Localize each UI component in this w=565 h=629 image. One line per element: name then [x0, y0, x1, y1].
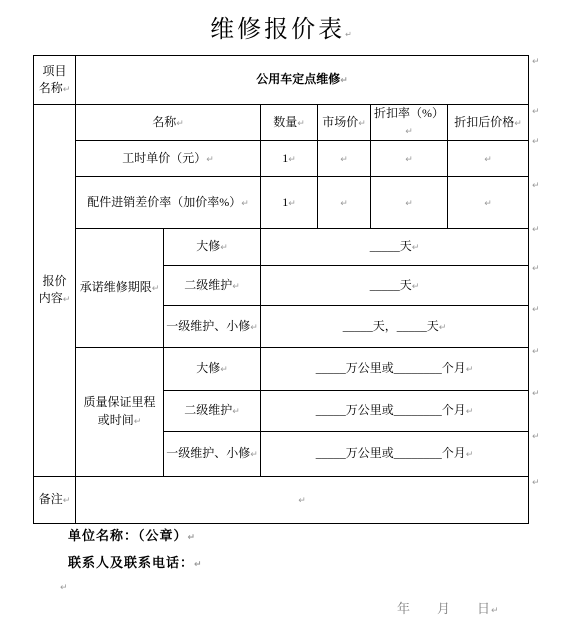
paragraph-mark-icon: ↵ [532, 479, 540, 488]
paragraph-mark-icon: ↵ [232, 282, 240, 292]
header-name-cell: 名称↵ [76, 105, 261, 141]
empty-paragraph: ↵ [60, 577, 68, 595]
contact-label: 联系人及联系电话： [68, 555, 194, 570]
table-row: 备注↵ ↵ [34, 476, 529, 523]
remarks-label: 备注 [39, 492, 63, 506]
project-label-cell: 项目 名称↵ [34, 56, 76, 105]
warranty-level2-value-cell[interactable]: _____万公里或________个月↵ [261, 390, 529, 431]
table-row: 质量保证里程 或时间↵ 大修↵ _____万公里或________个月↵ [34, 347, 529, 390]
paragraph-mark-icon: ↵ [194, 560, 203, 570]
paragraph-mark-icon: ↵ [532, 306, 540, 315]
table-row: 报价 内容↵ 名称↵ 数量↵ 市场价↵ 折扣率（%）↵ 折扣后价格↵ [34, 105, 529, 141]
header-discount-rate-cell: 折扣率（%）↵ [371, 105, 448, 141]
warranty-level1-label: 一级维护、小修 [166, 446, 250, 460]
warranty-level1-label-cell: 一级维护、小修↵ [164, 431, 261, 476]
paragraph-mark-icon: ↵ [514, 119, 522, 129]
header-market-price-cell: 市场价↵ [318, 105, 371, 141]
project-value: 公用车定点维修 [256, 72, 340, 86]
promise-level2-value-cell[interactable]: _____天↵ [261, 265, 529, 305]
paragraph-mark-icon: ↵ [152, 284, 160, 294]
promise-level2-label-cell: 二级维护↵ [164, 265, 261, 305]
paragraph-mark-icon: ↵ [484, 199, 492, 209]
paragraph-mark-icon: ↵ [345, 30, 355, 39]
promise-major-repair-value-cell[interactable]: _____天↵ [261, 228, 529, 265]
warranty-level2-value: _____万公里或________个月 [316, 403, 466, 417]
paragraph-mark-icon: ↵ [298, 496, 306, 506]
table-row: 工时单价（元）↵ 1↵ ↵ ↵ ↵ [34, 140, 529, 176]
paragraph-mark-icon: ↵ [532, 265, 540, 274]
paragraph-mark-icon: ↵ [288, 155, 296, 165]
paragraph-mark-icon: ↵ [297, 119, 305, 129]
quotation-table: 项目 名称↵ 公用车定点维修↵ 报价 内容↵ 名称↵ 数量↵ 市场价↵ 折扣率（… [33, 55, 529, 524]
paragraph-mark-icon: ↵ [63, 295, 71, 305]
paragraph-mark-icon: ↵ [176, 119, 184, 129]
warranty-level2-label: 二级维护 [184, 403, 232, 417]
table-row: 项目 名称↵ 公用车定点维修↵ [34, 56, 529, 105]
promise-level2-value: _____天 [370, 278, 412, 292]
parts-discount-rate-input-cell[interactable]: ↵ [371, 176, 448, 228]
paragraph-mark-icon: ↵ [532, 226, 540, 235]
table-row: 配件进销差价率（加价率%）↵ 1↵ ↵ ↵ ↵ [34, 176, 529, 228]
promise-major-repair-label-cell: 大修↵ [164, 228, 261, 265]
paragraph-mark-icon: ↵ [466, 407, 474, 417]
parts-discounted-price-input-cell[interactable]: ↵ [448, 176, 529, 228]
unit-name-line: 单位名称：（公章）↵ [68, 525, 196, 544]
date-month-label: 月 [437, 601, 451, 616]
paragraph-mark-icon: ↵ [405, 199, 413, 209]
page-title: 维修报价表↵ [0, 9, 565, 44]
paragraph-mark-icon: ↵ [358, 119, 366, 129]
promise-level1-value-cell[interactable]: _____天，_____天↵ [261, 305, 529, 347]
labor-price-label: 工时单价（元） [122, 151, 206, 165]
paragraph-mark-icon: ↵ [250, 450, 258, 460]
contact-line: 联系人及联系电话：↵ [68, 552, 203, 571]
promise-period-label-cell: 承诺维修期限↵ [76, 228, 164, 347]
paragraph-mark-icon: ↵ [532, 58, 540, 67]
header-discounted-price-label: 折扣后价格 [454, 115, 514, 129]
quote-content-line2: 内容 [39, 291, 63, 305]
parts-rate-label: 配件进销差价率（加价率%） [87, 195, 241, 209]
warranty-label-line1: 质量保证里程 [83, 395, 155, 409]
paragraph-mark-icon: ↵ [439, 323, 447, 333]
header-discounted-price-cell: 折扣后价格↵ [448, 105, 529, 141]
paragraph-mark-icon: ↵ [532, 348, 540, 357]
header-quantity-cell: 数量↵ [261, 105, 318, 141]
paragraph-mark-icon: ↵ [340, 155, 348, 165]
paragraph-mark-icon: ↵ [63, 496, 71, 506]
paragraph-mark-icon: ↵ [466, 365, 474, 375]
paragraph-mark-icon: ↵ [206, 155, 214, 165]
paragraph-mark-icon: ↵ [532, 390, 540, 399]
date-day-label: 日 [477, 601, 491, 616]
labor-market-price-input-cell[interactable]: ↵ [318, 140, 371, 176]
labor-price-label-cell: 工时单价（元）↵ [76, 140, 261, 176]
warranty-major-repair-label: 大修 [196, 361, 220, 375]
promise-level1-label-cell: 一级维护、小修↵ [164, 305, 261, 347]
paragraph-mark-icon: ↵ [412, 243, 420, 253]
labor-discount-rate-input-cell[interactable]: ↵ [371, 140, 448, 176]
labor-discounted-price-input-cell[interactable]: ↵ [448, 140, 529, 176]
promise-major-repair-value: _____天 [370, 239, 412, 253]
promise-major-repair-label: 大修 [196, 239, 220, 253]
paragraph-mark-icon: ↵ [532, 138, 540, 147]
paragraph-mark-icon: ↵ [484, 155, 492, 165]
project-label-line2: 名称 [39, 81, 63, 95]
paragraph-mark-icon: ↵ [220, 365, 228, 375]
paragraph-mark-icon: ↵ [532, 108, 540, 117]
header-quantity-label: 数量 [273, 115, 297, 129]
paragraph-mark-icon: ↵ [491, 606, 500, 616]
paragraph-mark-icon: ↵ [232, 407, 240, 417]
warranty-major-repair-label-cell: 大修↵ [164, 347, 261, 390]
paragraph-mark-icon: ↵ [466, 450, 474, 460]
remarks-input-cell[interactable]: ↵ [76, 476, 529, 523]
promise-level1-label: 一级维护、小修 [166, 319, 250, 333]
paragraph-mark-icon: ↵ [532, 433, 540, 442]
paragraph-mark-icon: ↵ [250, 323, 258, 333]
quote-content-label-cell: 报价 内容↵ [34, 105, 76, 477]
remarks-label-cell: 备注↵ [34, 476, 76, 523]
warranty-major-repair-value: _____万公里或________个月 [316, 361, 466, 375]
header-market-price-label: 市场价 [322, 115, 358, 129]
page-title-text: 维修报价表 [210, 17, 345, 43]
labor-quantity-cell: 1↵ [261, 140, 318, 176]
paragraph-mark-icon: ↵ [188, 533, 197, 543]
paragraph-mark-icon: ↵ [340, 76, 348, 86]
table-row: 承诺维修期限↵ 大修↵ _____天↵ [34, 228, 529, 265]
header-name-label: 名称 [152, 115, 176, 129]
parts-quantity-cell: 1↵ [261, 176, 318, 228]
paragraph-mark-icon: ↵ [220, 243, 228, 253]
promise-period-label: 承诺维修期限 [80, 280, 152, 294]
paragraph-mark-icon: ↵ [288, 199, 296, 209]
project-label-line1: 项目 [42, 64, 66, 78]
paragraph-mark-icon: ↵ [63, 85, 71, 95]
paragraph-mark-icon: ↵ [412, 282, 420, 292]
paragraph-mark-icon: ↵ [405, 155, 413, 165]
parts-market-price-input-cell[interactable]: ↵ [318, 176, 371, 228]
warranty-level2-label-cell: 二级维护↵ [164, 390, 261, 431]
date-line: 年月日↵ [397, 598, 500, 617]
warranty-label-cell: 质量保证里程 或时间↵ [76, 347, 164, 476]
paragraph-mark-icon: ↵ [134, 417, 142, 427]
warranty-label-line2: 或时间 [98, 413, 134, 427]
project-value-cell: 公用车定点维修↵ [76, 56, 529, 105]
warranty-level1-value-cell[interactable]: _____万公里或________个月↵ [261, 431, 529, 476]
header-discount-rate-label: 折扣率（%） [374, 106, 444, 120]
paragraph-mark-icon: ↵ [340, 199, 348, 209]
date-year-label: 年 [397, 601, 411, 616]
promise-level2-label: 二级维护 [184, 278, 232, 292]
warranty-major-repair-value-cell[interactable]: _____万公里或________个月↵ [261, 347, 529, 390]
paragraph-mark-icon: ↵ [60, 583, 68, 593]
paragraph-mark-icon: ↵ [532, 182, 540, 191]
quote-content-line1: 报价 [42, 274, 66, 288]
promise-level1-value: _____天，_____天 [343, 319, 439, 333]
unit-name-label: 单位名称：（公章） [68, 528, 188, 543]
warranty-level1-value: _____万公里或________个月 [316, 446, 466, 460]
paragraph-mark-icon: ↵ [405, 127, 413, 137]
paragraph-mark-icon: ↵ [241, 199, 249, 209]
parts-rate-label-cell: 配件进销差价率（加价率%）↵ [76, 176, 261, 228]
